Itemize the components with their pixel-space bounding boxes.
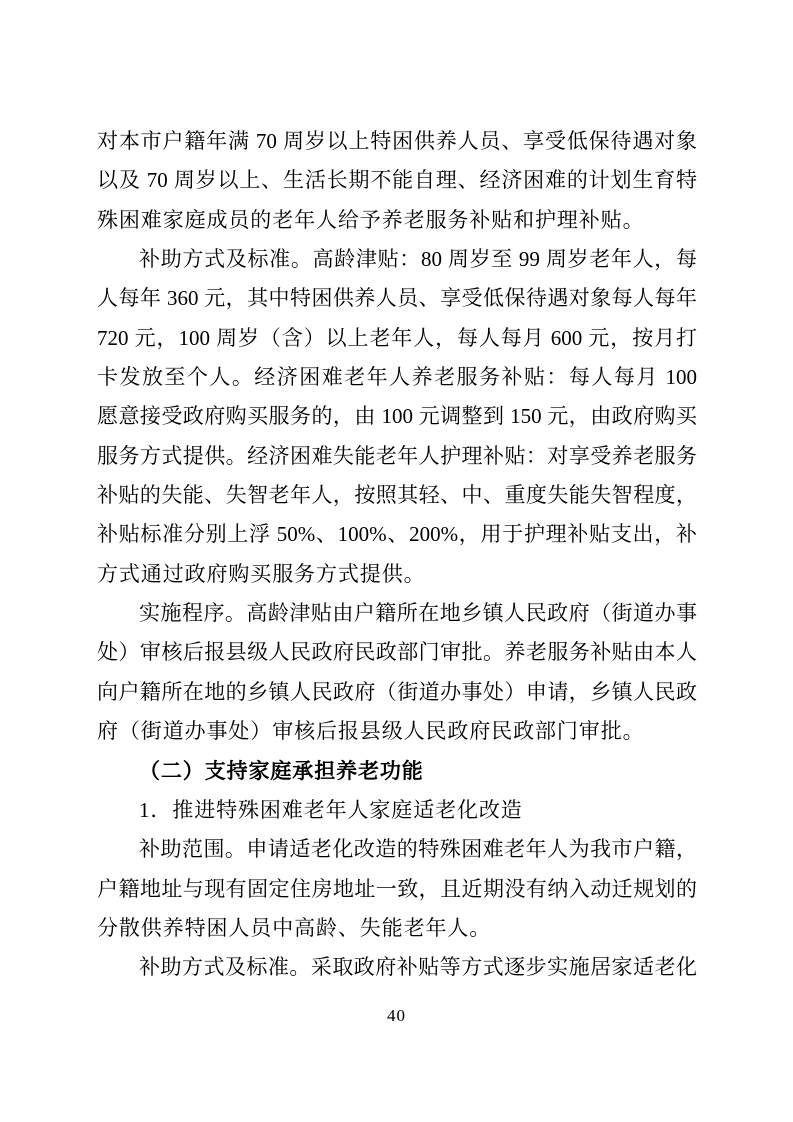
- section-heading: （二）支持家庭承担养老功能: [97, 752, 697, 791]
- text-line: 补助方式及标准。高龄津贴：80 周岁至 99 周岁老年人，每: [97, 240, 697, 279]
- text-line: 服务方式提供。经济困难失能老年人护理补贴：对享受养老服务: [97, 437, 697, 476]
- text-line: 户籍地址与现有固定住房地址一致，且近期没有纳入动迁规划的: [97, 870, 697, 909]
- list-item-heading: 1．推进特殊困难老年人家庭适老化改造: [97, 791, 697, 830]
- text-line: 补贴的失能、失智老年人，按照其轻、中、重度失能失智程度，: [97, 476, 697, 515]
- text-line: 720 元，100 周岁（含）以上老年人，每人每月 600 元，按月打: [97, 319, 697, 358]
- document-page: 对本市户籍年满 70 周岁以上特困供养人员、享受低保待遇对象 以及 70 周岁以…: [0, 0, 793, 1122]
- text-line: 补助方式及标准。采取政府补贴等方式逐步实施居家适老化: [97, 948, 697, 987]
- body-text: 对本市户籍年满 70 周岁以上特困供养人员、享受低保待遇对象 以及 70 周岁以…: [97, 122, 697, 988]
- text-line: 对本市户籍年满 70 周岁以上特困供养人员、享受低保待遇对象: [97, 122, 697, 161]
- text-line: 愿意接受政府购买服务的，由 100 元调整到 150 元，由政府购买: [97, 397, 697, 436]
- text-line: 殊困难家庭成员的老年人给予养老服务补贴和护理补贴。: [97, 201, 697, 240]
- text-line: 补助范围。申请适老化改造的特殊困难老年人为我市户籍，: [97, 830, 697, 869]
- text-line: 处）审核后报县级人民政府民政部门审批。养老服务补贴由本人: [97, 633, 697, 672]
- text-line: 向户籍所在地的乡镇人民政府（街道办事处）申请，乡镇人民政: [97, 673, 697, 712]
- text-line: 府（街道办事处）审核后报县级人民政府民政部门审批。: [97, 712, 697, 751]
- text-line: 以及 70 周岁以上、生活长期不能自理、经济困难的计划生育特: [97, 161, 697, 200]
- text-line: 补贴标准分别上浮 50%、100%、200%，用于护理补贴支出，补贴: [97, 515, 697, 554]
- text-line: 实施程序。高龄津贴由户籍所在地乡镇人民政府（街道办事: [97, 594, 697, 633]
- page-number: 40: [0, 1002, 793, 1030]
- text-line: 方式通过政府购买服务方式提供。: [97, 555, 697, 594]
- text-line: 人每年 360 元，其中特困供养人员、享受低保待遇对象每人每年: [97, 279, 697, 318]
- text-line: 卡发放至个人。经济困难老年人养老服务补贴：每人每月 100 元，: [97, 358, 697, 397]
- text-line: 分散供养特困人员中高龄、失能老年人。: [97, 909, 697, 948]
